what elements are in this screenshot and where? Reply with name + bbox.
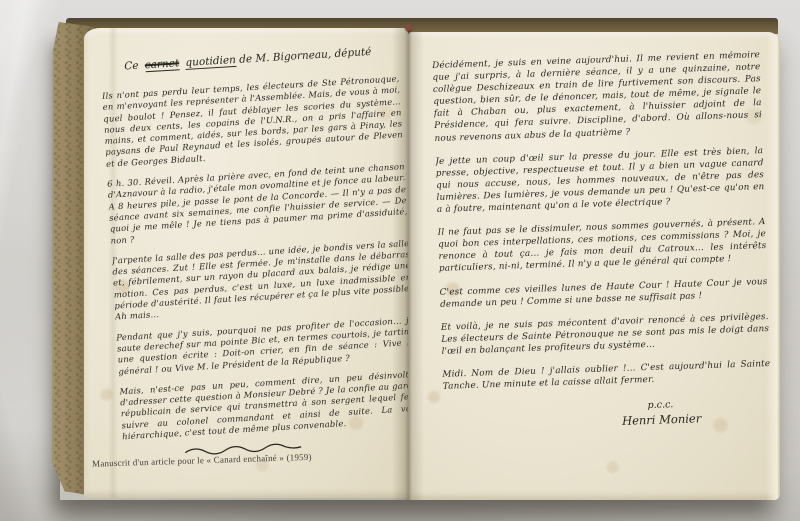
manuscript-paragraph: C'est comme ces vieilles lunes de Haute … <box>440 276 769 311</box>
manuscript-paragraph: Décidément, je suis en veine aujourd'hui… <box>432 49 763 144</box>
title-struck-word: carnet <box>145 57 180 71</box>
manuscript-paragraph: Pendant que j'y suis, pourquoi ne pas pr… <box>116 314 416 377</box>
title-correction: bloc-notes carnet <box>145 57 180 72</box>
manuscript-paragraph: J'arpente la salle des pas perdus... une… <box>111 238 412 323</box>
manuscript-paragraph: Et voilà, je ne suis pas mécontent d'avo… <box>441 311 770 358</box>
manuscript-paragraph: Je jette un coup d'œil sur la presse du … <box>435 145 765 216</box>
manuscript-paragraph: Midi. Nom de Dieu ! j'allais oublier !..… <box>442 358 771 393</box>
title-underlined-word: quotidien <box>185 54 236 70</box>
manuscript-paragraph: Mais, n'est-ce pas un peu, comment dire,… <box>119 369 420 443</box>
manuscript-paragraph: Il ne faut pas se le dissimuler, nous so… <box>438 216 767 275</box>
photo-of-open-book: Ce bloc-notes carnet quotidien de M. Big… <box>0 0 800 521</box>
manuscript-text-right: Décidément, je suis en veine aujourd'hui… <box>432 49 774 480</box>
manuscript-text-left: Ce bloc-notes carnet quotidien de M. Big… <box>100 44 421 461</box>
manuscript-paragraph: 6 h. 30. Réveil. Après la prière avec, e… <box>107 161 408 246</box>
page-gutter <box>392 26 424 500</box>
left-page: Ce bloc-notes carnet quotidien de M. Big… <box>84 28 408 498</box>
manuscript-paragraph: Ils n'ont pas perdu leur temps, les élec… <box>102 73 404 170</box>
signature-name: Henri Monier <box>622 409 772 429</box>
right-page: Décidément, je suis en veine aujourd'hui… <box>408 32 780 500</box>
title-rest: de M. Bigorneau, député <box>239 46 372 66</box>
signature: p.c.c. Henri Monier <box>621 394 772 429</box>
title-prefix: Ce <box>124 60 139 73</box>
headband-dot <box>405 24 412 31</box>
manuscript-title: Ce bloc-notes carnet quotidien de M. Big… <box>124 44 398 73</box>
open-book: Ce bloc-notes carnet quotidien de M. Big… <box>50 16 784 508</box>
